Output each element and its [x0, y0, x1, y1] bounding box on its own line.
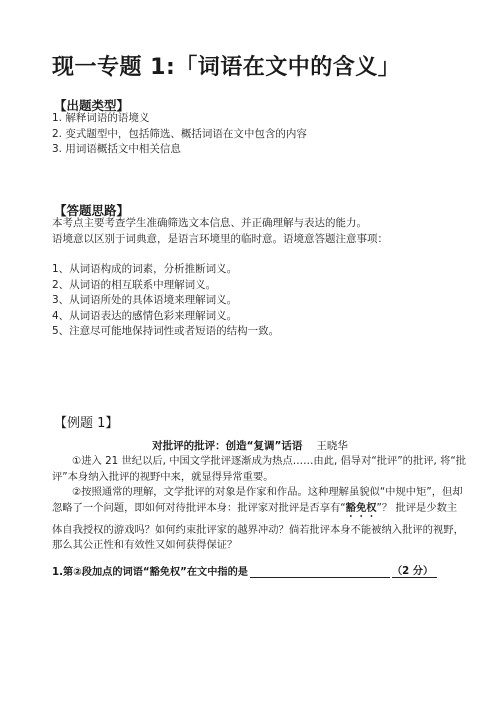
list-item: 3、从词语所处的具体语境来理解词义。: [52, 293, 279, 309]
article-body: ①进入 21 世纪以后, 中国文学批评逐渐成为热点……由此, 倡导对“批评”的批…: [52, 454, 466, 554]
list-item: 2、从词语的相互联系中理解词义。: [52, 278, 279, 294]
paragraph-line: 评”本身纳入批评的视野中来，就显得异常重要。: [52, 470, 466, 486]
list-item: 3. 用词语概括文中相关信息: [52, 142, 307, 158]
list-item: 5、注意尽可能地保持词性或者短语的结构一致。: [52, 324, 279, 340]
intro-line: 语境意以区别于词典意，是语言环境里的临时意。语境意答题注意事项：: [52, 232, 388, 248]
paragraph-line: 体自我授权的游戏吗？如何约束批评家的越界冲动？倘若批评本身不能被纳入批评的视野，: [52, 523, 466, 539]
intro-line: 本考点主要考查学生准确筛选文本信息、并正确理解与表达的能力。: [52, 216, 388, 232]
question-score: （2 分）: [392, 562, 437, 578]
page-title: 现一专题 1:「词语在文中的含义」: [52, 50, 400, 81]
answer-blank[interactable]: [250, 566, 390, 578]
paragraph-line: 那么其公正性和有效性又如何获得保证？: [52, 538, 466, 554]
article-title-text: 对批评的批评：创造“复调”话语: [152, 440, 302, 452]
question-types-list: 1. 解释词语的语境义 2. 变式题型中，包括筛选、概括词语在文中包含的内容 3…: [52, 111, 307, 158]
list-item: 1. 解释词语的语境义: [52, 111, 307, 127]
article-author: 王晓华: [316, 440, 348, 452]
list-item: 1、从词语构成的词素，分析推断词义。: [52, 262, 279, 278]
example-heading: 【例题 1】: [54, 412, 118, 431]
list-item: 4、从词语表达的感情色彩来理解词义。: [52, 309, 279, 325]
paragraph-line: ①进入 21 世纪以后, 中国文学批评逐渐成为热点……由此, 倡导对“批评”的批…: [52, 454, 466, 470]
text-fragment: 忽略了一个问题，即如何对待批评本身：批评家对批评是否享有“: [52, 502, 346, 514]
article-title: 对批评的批评：创造“复调”话语王晓华: [0, 438, 500, 453]
text-fragment: ”？ 批评是少数主: [377, 502, 458, 514]
emphasized-term: 豁免权: [346, 502, 377, 514]
paragraph-line: ②按照通常的理解，文学批评的对象是作家和作品。这种理解虽貌似“中规中矩”，但却: [52, 485, 466, 501]
approach-intro: 本考点主要考查学生准确筛选文本信息、并正确理解与表达的能力。 语境意以区别于词典…: [52, 216, 388, 247]
approach-list: 1、从词语构成的词素，分析推断词义。 2、从词语的相互联系中理解词义。 3、从词…: [52, 262, 279, 340]
question-1: 1.第②段加点的词语“豁免权”在文中指的是 （2 分）: [52, 562, 437, 578]
question-text: 1.第②段加点的词语“豁免权”在文中指的是: [52, 563, 248, 578]
paragraph-line: 忽略了一个问题，即如何对待批评本身：批评家对批评是否享有“豁免权”？ 批评是少数…: [52, 501, 466, 520]
list-item: 2. 变式题型中，包括筛选、概括词语在文中包含的内容: [52, 127, 307, 143]
